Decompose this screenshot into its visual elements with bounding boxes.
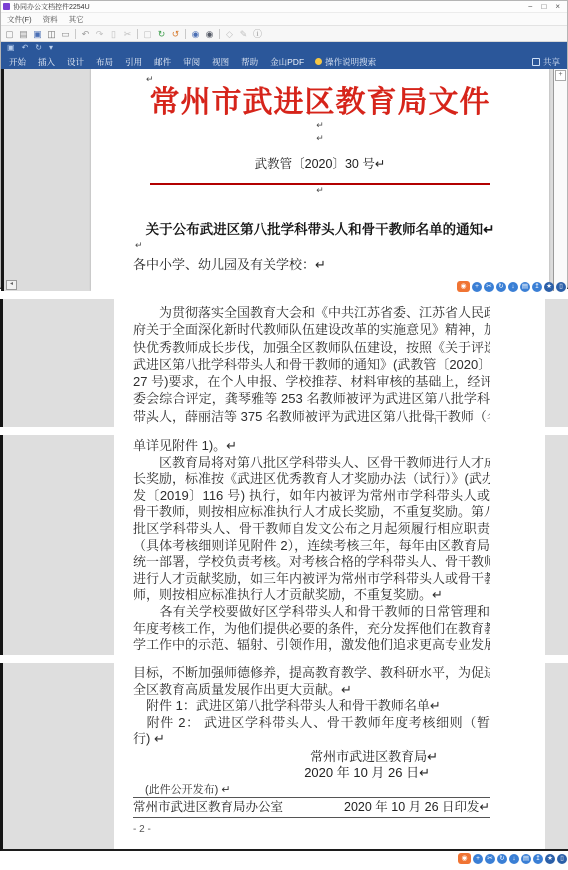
document-area: ↵ 常州市武进区教育局文件 ↵ ↵ 武教管〔2020〕30 号↵ ↵ 关于公布武… <box>1 69 567 291</box>
text-line: 快优秀教师成长步伐，加强全区教师队伍建设，按照《关于评选 <box>133 339 490 356</box>
stitched-screenshot: { "window": { "title": "协同办公文档控件2254U", … <box>0 0 568 870</box>
footer-divider <box>133 817 490 818</box>
footer-divider <box>133 797 490 798</box>
ribbon-tabs: 开始插入设计布局引用邮件审阅视图帮助金山PDF <box>3 56 310 68</box>
paragraph-mark: ↵ <box>146 74 549 85</box>
body-paragraph: 目标，不断加强师德修养，提高教育教学、教科研水平，为促进全区教育高质量发展作出更… <box>133 665 490 748</box>
menu-data[interactable]: 资料 <box>43 14 58 25</box>
menu-other[interactable]: 其它 <box>69 14 84 25</box>
tab-layout[interactable]: 布局 <box>90 56 119 68</box>
quick-undo-icon[interactable]: ↶ <box>22 43 29 53</box>
redo-icon[interactable]: ↷ <box>94 28 105 40</box>
text-line: 委会综合评定，龚琴雅等 253 名教师被评为武进区第八批学科 <box>133 390 490 407</box>
horizontal-scroll-left-button[interactable]: ◂ <box>6 280 17 290</box>
segment-gap <box>0 655 568 663</box>
download-icon[interactable]: ↓ <box>509 854 519 864</box>
text-line: 武进区第八批学科带头人和骨干教师的通知》(武教管〔2020〕 <box>133 356 490 373</box>
maximize-button[interactable]: □ <box>541 2 546 11</box>
text-boundary-corner-mark <box>147 418 156 424</box>
refresh-green-icon[interactable]: ↻ <box>156 28 167 40</box>
download-icon[interactable]: ↓ <box>508 282 518 292</box>
title-bar: 协同办公文档控件2254U − □ × <box>1 1 567 12</box>
tell-me-search[interactable]: 操作说明搜索 <box>315 56 376 68</box>
toolbar-separator <box>219 29 220 39</box>
tab-view[interactable]: 视图 <box>206 56 235 68</box>
text-line: 附件 1：武进区第八批学科带头人和骨干教师名单↵ <box>133 698 490 715</box>
body-paragraph: 为贯彻落实全国教育大会和《中共江苏省委、江苏省人民政府关于全面深化新时代教师队伍… <box>133 304 490 425</box>
signer-name: 常州市武进区教育局↵ <box>133 749 438 766</box>
shape-icon[interactable]: ◇ <box>224 28 235 40</box>
crop-icon[interactable]: ✂ <box>485 854 495 864</box>
app-logo-icon <box>3 3 10 10</box>
zoom-in-icon[interactable]: + <box>473 854 483 864</box>
text-line: 学工作中的示范、辐射、引领作用，激发他们追求更高专业发展 <box>133 637 490 654</box>
share-up-icon[interactable]: ↥ <box>533 854 543 864</box>
paragraph-mark: ↵ <box>91 133 549 146</box>
gallery-icon[interactable]: ▤ <box>520 282 530 292</box>
tab-help[interactable]: 帮助 <box>235 56 264 68</box>
document-icon[interactable]: ▢ <box>142 28 153 40</box>
signature-block: 常州市武进区教育局↵ 2020 年 10 月 26 日↵ <box>133 749 490 782</box>
screenshot-app-icon[interactable]: ◉ <box>457 281 470 292</box>
public-release-note: (此件公开发布) ↵ <box>145 784 490 796</box>
quick-access-toolbar: ▣↶↻▾ <box>1 42 567 54</box>
minimize-button[interactable]: − <box>528 2 533 11</box>
tab-mailings[interactable]: 邮件 <box>148 56 177 68</box>
text-line: 统一部署，学校负责考核。对考核合格的学科带头人、骨干教师 <box>133 554 490 571</box>
paragraph-mark: ↵ <box>135 240 549 252</box>
document-page: 单详见附件 1)。↵ 区教育局将对第八批区学科带头人、区骨干教师进行人才成长奖励… <box>114 435 545 655</box>
quick-redo-icon[interactable]: ↻ <box>35 43 42 53</box>
screenshot-app-icon[interactable]: ◉ <box>458 853 471 864</box>
issue-date: 2020 年 10 月 26 日印发↵ <box>344 799 490 816</box>
crop-icon[interactable]: ✂ <box>484 282 494 292</box>
edit-pen-icon[interactable]: ✎ <box>238 28 249 40</box>
menu-bar: 文件(F)资料其它 <box>1 12 567 26</box>
text-line: 长奖励，标准按《武进区优秀教育人才奖励办法（试行）》(武办 <box>133 471 490 488</box>
undo-icon[interactable]: ↶ <box>80 28 91 40</box>
paragraph-mark: ↵ <box>91 120 549 133</box>
tab-insert[interactable]: 插入 <box>32 56 61 68</box>
document-page: 目标，不断加强师德修养，提高教育教学、教科研水平，为促进全区教育高质量发展作出更… <box>114 663 545 849</box>
segment-gap <box>0 427 568 435</box>
window-controls: − □ × <box>528 2 565 11</box>
text-line: 区教育局将对第八批区学科带头人、区骨干教师进行人才成 <box>133 455 490 472</box>
print-icon[interactable]: ◫ <box>46 28 57 40</box>
print-preview-icon[interactable]: ▭ <box>60 28 71 40</box>
bottom-strip: ◉+✂↻↓▤↥★▯ <box>0 851 568 868</box>
document-subject-title: 关于公布武进区第八批学科带头人和骨干教师名单的通知↵ <box>91 218 549 236</box>
share-button[interactable]: 共享 <box>532 56 567 68</box>
favorite-icon[interactable]: ★ <box>544 282 554 292</box>
share-up-icon[interactable]: ↥ <box>532 282 542 292</box>
tab-kingsoft-pdf[interactable]: 金山PDF <box>264 56 310 68</box>
toolbar-separator <box>137 29 138 39</box>
tab-references[interactable]: 引用 <box>119 56 148 68</box>
rotate-icon[interactable]: ↻ <box>496 282 506 292</box>
paragraph-mark: ↵ <box>91 185 549 198</box>
text-line: 单详见附件 1)。↵ <box>133 438 490 455</box>
share-label: 共享 <box>543 56 560 68</box>
share-icon <box>532 58 540 66</box>
menu-file[interactable]: 文件(F) <box>7 14 32 25</box>
red-header-title: 常州市武进区教育局文件 <box>91 86 549 120</box>
vertical-scrollbar[interactable]: + <box>553 69 567 291</box>
ribbon: ▣↶↻▾ 开始插入设计布局引用邮件审阅视图帮助金山PDF 操作说明搜索 共享 <box>1 42 567 69</box>
text-line: 27 号)要求，在个人申报、学校推荐、材料审核的基础上，经评 <box>133 373 490 390</box>
save-icon[interactable]: ▣ <box>32 28 43 40</box>
user-blue-icon[interactable]: ◉ <box>190 28 201 40</box>
document-page-1: ↵ 常州市武进区教育局文件 ↵ ↵ 武教管〔2020〕30 号↵ ↵ 关于公布武… <box>91 69 549 291</box>
text-line: （具体考核细则详见附件 2），连续考核三年，每年由区教育局 <box>133 538 490 555</box>
info-icon[interactable]: ⓘ <box>252 28 263 40</box>
salutation-line: 各中小学、幼儿园及有关学校：↵ <box>133 254 549 273</box>
cut-icon[interactable]: ✂ <box>122 28 133 40</box>
issuer-row: 常州市武进区教育局办公室 2020 年 10 月 26 日印发↵ <box>133 799 490 816</box>
refresh-orange-icon[interactable]: ↺ <box>170 28 181 40</box>
rotate-icon[interactable]: ↻ <box>497 854 507 864</box>
signature-date: 2020 年 10 月 26 日↵ <box>133 765 438 782</box>
zoom-in-icon[interactable]: + <box>472 282 482 292</box>
scrollbar-up-button[interactable]: + <box>555 70 566 81</box>
text-line: 师，则按相应标准执行人才贡献奖励，不重复奖励。↵ <box>133 587 490 604</box>
tell-me-label: 操作说明搜索 <box>325 56 376 68</box>
quick-menu-caret-icon[interactable]: ▾ <box>49 43 53 53</box>
delete-icon[interactable]: ▯ <box>557 854 567 864</box>
document-number: 武教管〔2020〕30 号↵ <box>91 154 549 171</box>
text-line: 骨干教师，则按相应标准执行人才成长奖励，不重复奖励。第八 <box>133 504 490 521</box>
toolbar-separator <box>185 29 186 39</box>
issuer-office: 常州市武进区教育局办公室 <box>133 799 283 816</box>
delete-icon[interactable]: ▯ <box>556 282 566 292</box>
gallery-icon[interactable]: ▤ <box>521 854 531 864</box>
text-line: 各有关学校要做好区学科带头人和骨干教师的日常管理和 <box>133 604 490 621</box>
window-title: 协同办公文档控件2254U <box>13 2 90 12</box>
text-line: 附件 2： 武进区学科带头人、骨干教师年度考核细则（暂 <box>133 715 490 732</box>
document-segment-2: 为贯彻落实全国教育大会和《中共江苏省委、江苏省人民政府关于全面深化新时代教师队伍… <box>0 299 568 427</box>
favorite-icon[interactable]: ★ <box>545 854 555 864</box>
text-line: 全区教育高质量发展作出更大贡献。↵ <box>133 682 490 699</box>
text-line: 进行人才贡献奖励，如三年内被评为常州市学科带头人或骨干教 <box>133 571 490 588</box>
body-paragraph: 单详见附件 1)。↵ 区教育局将对第八批区学科带头人、区骨干教师进行人才成长奖励… <box>133 438 490 654</box>
floating-image-toolbar: ◉+✂↻↓▤↥★▯ <box>457 281 566 292</box>
page-number: - 2 - <box>133 824 490 835</box>
text-line: 年度考核工作，为他们提供必要的条件，充分发挥他们在教育教 <box>133 621 490 638</box>
text-line: 带头人，薛丽洁等 375 名教师被评为武进区第八批骨干教师（名 <box>133 408 490 425</box>
toolbar: ▢▤▣◫▭↶↷▯✂▢↻↺◉◉◇✎ⓘ <box>1 26 567 42</box>
new-document-icon[interactable]: ▢ <box>4 28 15 40</box>
document-segment-4: 目标，不断加强师德修养，提高教育教学、教科研水平，为促进全区教育高质量发展作出更… <box>0 663 568 851</box>
text-line: 目标，不断加强师德修养，提高教育教学、教科研水平，为促进 <box>133 665 490 682</box>
user-dark-icon[interactable]: ◉ <box>204 28 215 40</box>
text-line: 发〔2019〕116 号) 执行，如年内被评为常州市学科带头人或 <box>133 488 490 505</box>
toolbar-separator <box>75 29 76 39</box>
text-boundary-corner-mark <box>427 418 436 424</box>
app-window: 协同办公文档控件2254U − □ × 文件(F)资料其它 ▢▤▣◫▭↶↷▯✂▢… <box>0 0 568 289</box>
text-line: 批区学科带头人、骨干教师自发文公布之月起须履行相应职责 <box>133 521 490 538</box>
copy-icon[interactable]: ▯ <box>108 28 119 40</box>
text-line: 府关于全面深化新时代教师队伍建设改革的实施意见》精神，加 <box>133 321 490 338</box>
tab-review[interactable]: 审阅 <box>177 56 206 68</box>
ribbon-tabs-row: 开始插入设计布局引用邮件审阅视图帮助金山PDF 操作说明搜索 共享 <box>1 54 567 69</box>
text-line: 为贯彻落实全国教育大会和《中共江苏省委、江苏省人民政 <box>133 304 490 321</box>
document-segment-3: 单详见附件 1)。↵ 区教育局将对第八批区学科带头人、区骨干教师进行人才成长奖励… <box>0 435 568 655</box>
document-page: 为贯彻落实全国教育大会和《中共江苏省委、江苏省人民政府关于全面深化新时代教师队伍… <box>114 299 545 427</box>
open-file-icon[interactable]: ▤ <box>18 28 29 40</box>
text-line: 行) ↵ <box>133 731 490 748</box>
close-button[interactable]: × <box>555 2 560 11</box>
lightbulb-icon <box>315 58 322 65</box>
tab-home[interactable]: 开始 <box>3 56 32 68</box>
quick-save-icon[interactable]: ▣ <box>7 43 15 53</box>
tab-design[interactable]: 设计 <box>61 56 90 68</box>
floating-image-toolbar: ◉+✂↻↓▤↥★▯ <box>458 853 567 864</box>
